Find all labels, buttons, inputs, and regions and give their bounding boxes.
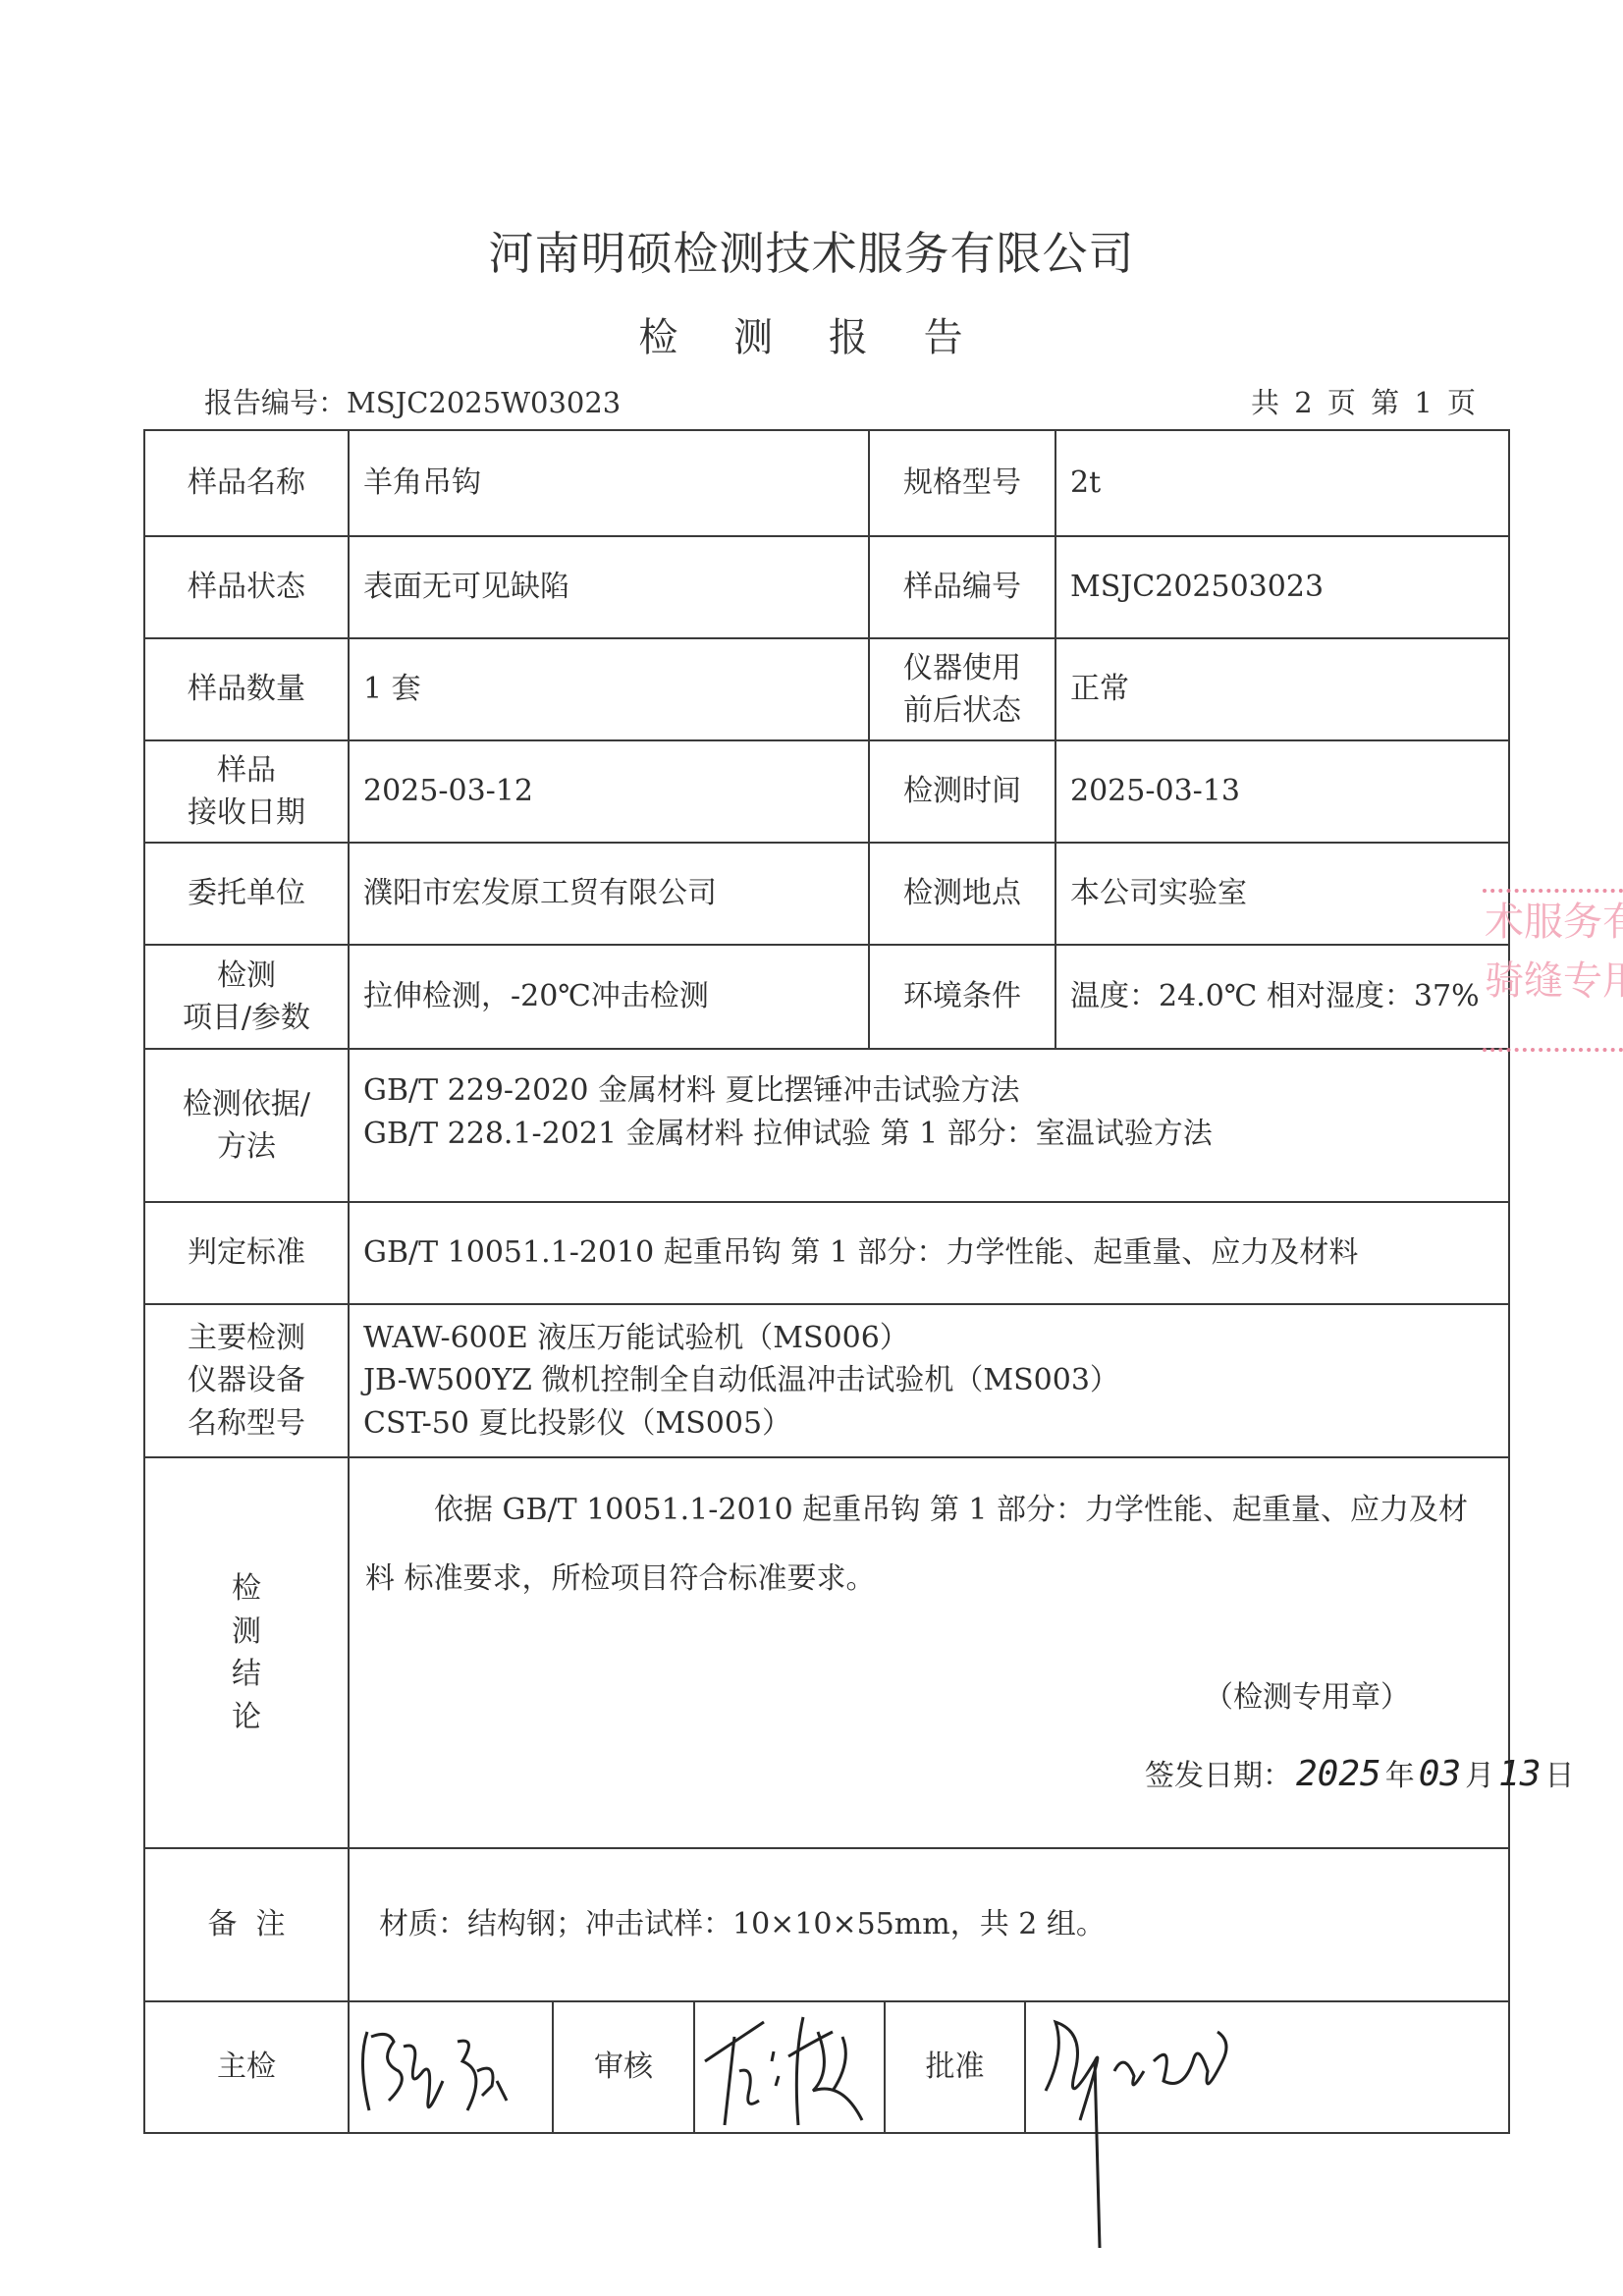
issue-date: 签发日期：2025年03月13日 xyxy=(1145,1749,1574,1800)
test-date-value: 2025-03-13 xyxy=(1055,740,1509,843)
approver-label: 批准 xyxy=(885,2001,1025,2133)
instrument-state-label-line1: 仪器使用 xyxy=(884,647,1041,690)
criteria-label: 判定标准 xyxy=(144,1202,349,1304)
receive-date-label-line2: 接收日期 xyxy=(159,792,334,835)
sample-name-label: 样品名称 xyxy=(144,430,349,536)
page-info: 共 2 页 第 1 页 xyxy=(1251,381,1476,421)
row-sample-state: 样品状态 表面无可见缺陷 样品编号 MSJC202503023 xyxy=(144,536,1509,638)
company-name: 河南明硕检测技术服务有限公司 xyxy=(0,218,1623,283)
seal-line2: 骑缝专用 xyxy=(1483,952,1623,1011)
approver-signature xyxy=(1025,2001,1509,2133)
client-value: 濮阳市宏发原工贸有限公司 xyxy=(349,843,869,945)
receive-date-label-line1: 样品 xyxy=(159,749,334,793)
row-test-items: 检测 项目/参数 拉伸检测，-20℃冲击检测 环境条件 温度：24.0℃ 相对湿… xyxy=(144,945,1509,1049)
sample-name-value: 羊角吊钩 xyxy=(349,430,869,536)
remarks-label: 备 注 xyxy=(144,1848,349,2001)
month-unit: 月 xyxy=(1465,1759,1494,1793)
row-dates: 样品 接收日期 2025-03-12 检测时间 2025-03-13 xyxy=(144,740,1509,843)
equipment-label: 主要检测 仪器设备 名称型号 xyxy=(144,1304,349,1457)
day-unit: 日 xyxy=(1544,1759,1574,1793)
issue-date-label: 签发日期： xyxy=(1145,1759,1292,1793)
instrument-state-label-line2: 前后状态 xyxy=(884,689,1041,733)
inspector-label: 主检 xyxy=(144,2001,349,2133)
row-remarks: 备 注 材质：结构钢；冲击试样：10×10×55mm，共 2 组。 xyxy=(144,1848,1509,2001)
report-title: 检 测 报 告 xyxy=(0,306,1623,362)
reviewer-label: 审核 xyxy=(553,2001,694,2133)
issue-year: 2025 xyxy=(1296,1754,1381,1794)
issue-day: 13 xyxy=(1498,1754,1541,1794)
test-basis-label: 检测依据/ 方法 xyxy=(144,1049,349,1202)
test-basis-label-line2: 方法 xyxy=(159,1125,334,1169)
equipment-label-line: 名称型号 xyxy=(159,1402,334,1446)
test-items-value: 拉伸检测，-20℃冲击检测 xyxy=(349,945,869,1049)
row-criteria: 判定标准 GB/T 10051.1-2010 起重吊钩 第 1 部分：力学性能、… xyxy=(144,1202,1509,1304)
criteria-value: GB/T 10051.1-2010 起重吊钩 第 1 部分：力学性能、起重量、应… xyxy=(349,1202,1509,1304)
test-items-label-line2: 项目/参数 xyxy=(159,997,334,1040)
sample-no-value: MSJC202503023 xyxy=(1055,536,1509,638)
conclusion-label-char: 检 xyxy=(159,1567,334,1611)
conclusion-label-char: 论 xyxy=(159,1696,334,1739)
report-number: 报告编号：MSJC2025W03023 xyxy=(204,381,621,421)
test-basis-value: GB/T 229-2020 金属材料 夏比摆锤冲击试验方法 GB/T 228.1… xyxy=(349,1049,1509,1202)
test-location-value: 本公司实验室 xyxy=(1055,843,1509,945)
equipment-label-line: 仪器设备 xyxy=(159,1359,334,1402)
year-unit: 年 xyxy=(1385,1759,1415,1793)
equipment-label-line: 主要检测 xyxy=(159,1317,334,1360)
conclusion-label-char: 结 xyxy=(159,1653,334,1696)
conclusion-text: 依据 GB/T 10051.1-2010 起重吊钩 第 1 部分：力学性能、起重… xyxy=(365,1476,1494,1613)
stamp-label: （检测专用章） xyxy=(1204,1676,1410,1720)
test-location-label: 检测地点 xyxy=(869,843,1055,945)
row-test-basis: 检测依据/ 方法 GB/T 229-2020 金属材料 夏比摆锤冲击试验方法 G… xyxy=(144,1049,1509,1202)
issue-month: 03 xyxy=(1419,1754,1461,1794)
equipment-value: WAW-600E 液压万能试验机（MS006） JB-W500YZ 微机控制全自… xyxy=(349,1304,1509,1457)
instrument-state-value: 正常 xyxy=(1055,638,1509,740)
equipment-line: WAW-600E 液压万能试验机（MS006） xyxy=(363,1317,1494,1360)
row-client: 委托单位 濮阳市宏发原工贸有限公司 检测地点 本公司实验室 xyxy=(144,843,1509,945)
equipment-line: CST-50 夏比投影仪（MS005） xyxy=(363,1402,1494,1446)
instrument-state-label: 仪器使用 前后状态 xyxy=(869,638,1055,740)
receive-date-value: 2025-03-12 xyxy=(349,740,869,843)
test-date-label: 检测时间 xyxy=(869,740,1055,843)
signature-icon xyxy=(350,2002,546,2130)
test-basis-label-line1: 检测依据/ xyxy=(159,1083,334,1126)
report-number-label: 报告编号： xyxy=(204,386,347,419)
conclusion-body: 依据 GB/T 10051.1-2010 起重吊钩 第 1 部分：力学性能、起重… xyxy=(349,1457,1509,1848)
receive-date-label: 样品 接收日期 xyxy=(144,740,349,843)
signature-icon xyxy=(1026,2002,1507,2258)
test-items-label-line1: 检测 xyxy=(159,955,334,998)
row-sample-qty: 样品数量 1 套 仪器使用 前后状态 正常 xyxy=(144,638,1509,740)
remarks-value: 材质：结构钢；冲击试样：10×10×55mm，共 2 组。 xyxy=(349,1848,1509,2001)
test-items-label: 检测 项目/参数 xyxy=(144,945,349,1049)
test-basis-line: GB/T 229-2020 金属材料 夏比摆锤冲击试验方法 xyxy=(363,1069,1494,1113)
inspector-signature xyxy=(349,2001,553,2133)
environment-label: 环境条件 xyxy=(869,945,1055,1049)
sample-state-value: 表面无可见缺陷 xyxy=(349,536,869,638)
perforation-seal: 术服务有 骑缝专用 xyxy=(1483,889,1623,1052)
conclusion-label-char: 测 xyxy=(159,1611,334,1654)
signature-icon xyxy=(695,2002,882,2130)
sample-state-label: 样品状态 xyxy=(144,536,349,638)
sample-no-label: 样品编号 xyxy=(869,536,1055,638)
environment-value: 温度：24.0℃ 相对湿度：37% xyxy=(1055,945,1509,1049)
seal-line1: 术服务有 xyxy=(1483,893,1623,952)
sample-qty-label: 样品数量 xyxy=(144,638,349,740)
test-basis-line: GB/T 228.1-2021 金属材料 拉伸试验 第 1 部分：室温试验方法 xyxy=(363,1113,1494,1156)
equipment-line: JB-W500YZ 微机控制全自动低温冲击试验机（MS003） xyxy=(363,1359,1494,1402)
reviewer-signature xyxy=(694,2001,885,2133)
sample-qty-value: 1 套 xyxy=(349,638,869,740)
row-sample-name: 样品名称 羊角吊钩 规格型号 2t xyxy=(144,430,1509,536)
conclusion-label: 检 测 结 论 xyxy=(144,1457,349,1848)
row-equipment: 主要检测 仪器设备 名称型号 WAW-600E 液压万能试验机（MS006） J… xyxy=(144,1304,1509,1457)
row-conclusion: 检 测 结 论 依据 GB/T 10051.1-2010 起重吊钩 第 1 部分… xyxy=(144,1457,1509,1848)
spec-model-value: 2t xyxy=(1055,430,1509,536)
report-number-value: MSJC2025W03023 xyxy=(347,386,621,419)
report-table: 样品名称 羊角吊钩 规格型号 2t 样品状态 表面无可见缺陷 样品编号 MSJC… xyxy=(143,429,1508,2134)
row-signatures: 主检 审核 批准 xyxy=(144,2001,1509,2133)
client-label: 委托单位 xyxy=(144,843,349,945)
spec-model-label: 规格型号 xyxy=(869,430,1055,536)
